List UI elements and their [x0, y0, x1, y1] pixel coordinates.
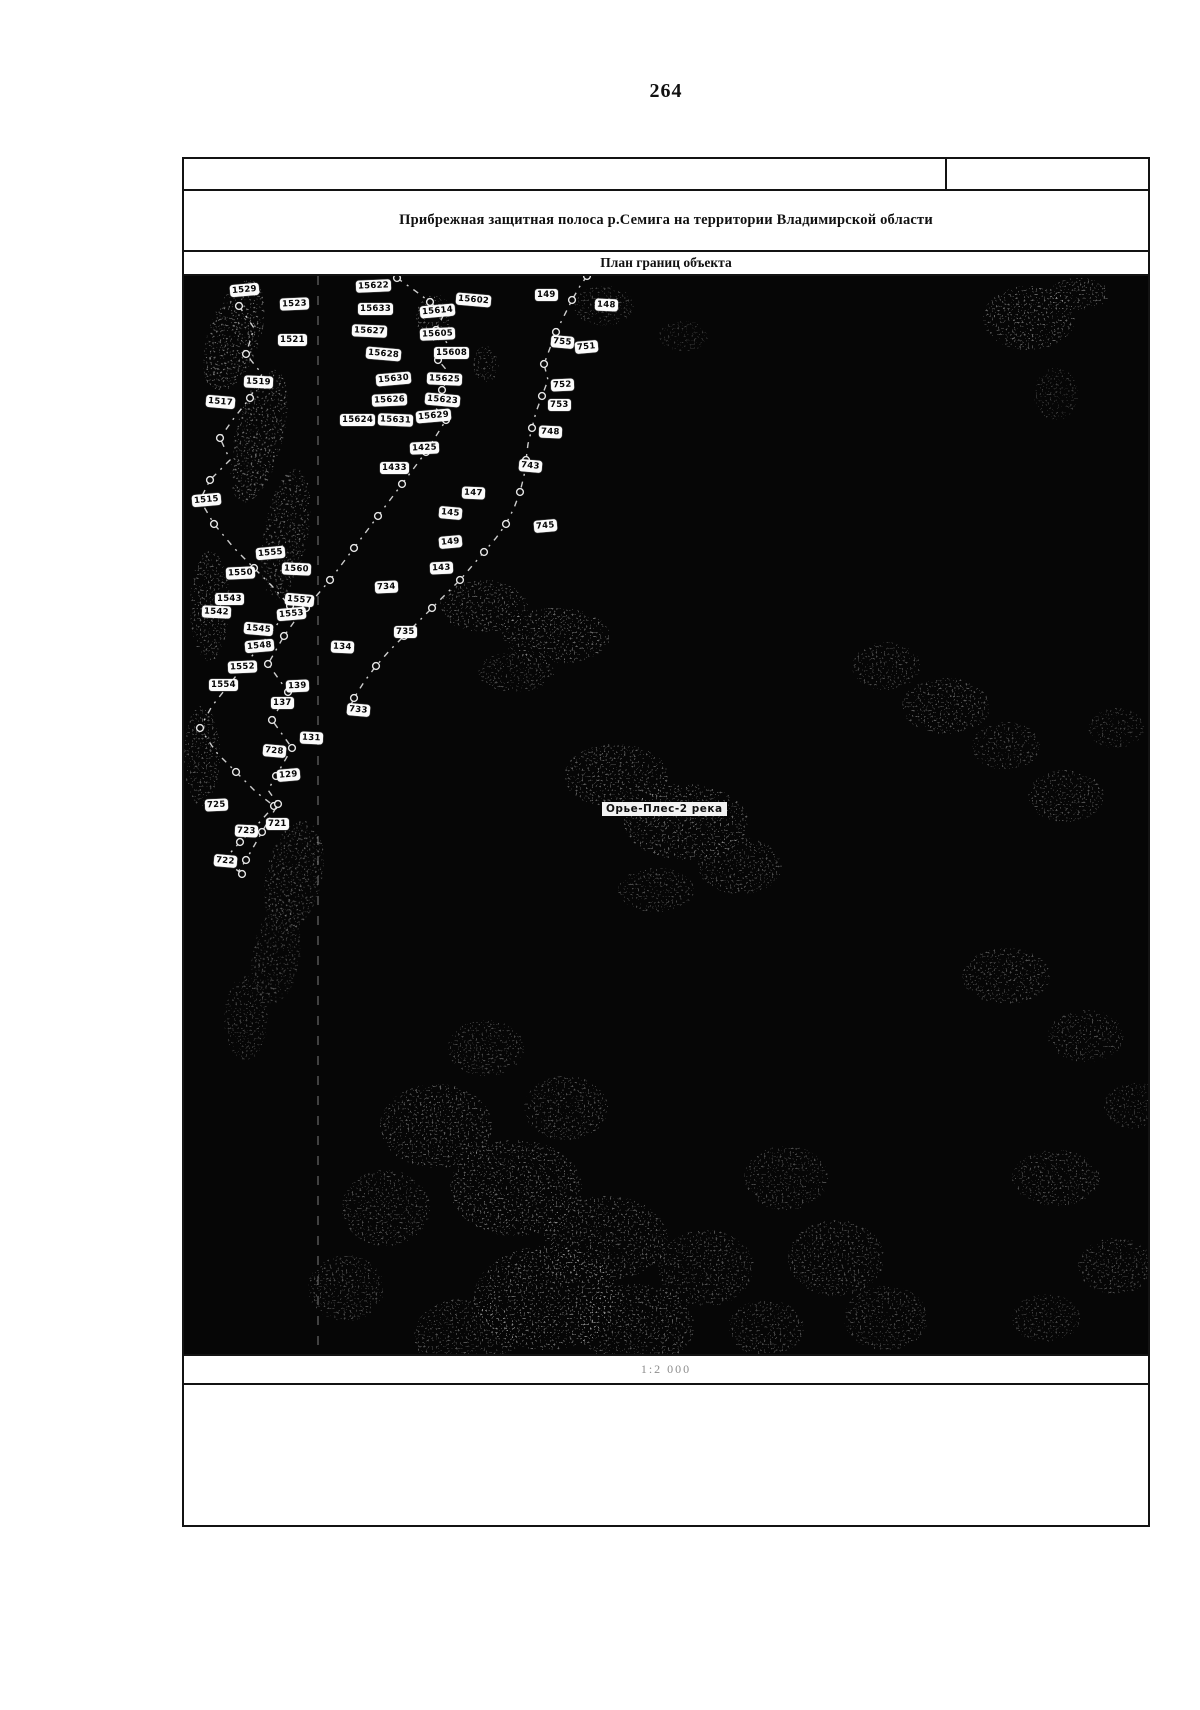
header-row [184, 159, 1148, 191]
boundary-vertex [237, 839, 244, 846]
point-label: 139 [286, 680, 309, 693]
point-label: 1425 [410, 441, 439, 454]
point-label: 1553 [277, 607, 307, 621]
point-label: 1554 [209, 679, 238, 691]
point-label: 15622 [356, 279, 392, 293]
point-label: 1548 [245, 639, 275, 653]
point-label: 1519 [244, 375, 273, 388]
boundary-vertex [399, 481, 406, 488]
boundary-vertex [569, 297, 576, 304]
village-label: Орье-Плес-2 река [602, 802, 727, 816]
plan-subtitle: План границ объекта [184, 252, 1148, 276]
boundary-vertex [247, 395, 254, 402]
boundary-vertex [275, 801, 282, 808]
point-label: 15605 [420, 327, 456, 341]
boundary-vertex [289, 745, 296, 752]
point-label: 15627 [352, 324, 388, 338]
point-label: 1545 [244, 622, 274, 636]
boundary-vertex [243, 351, 250, 358]
point-label: 1521 [278, 334, 307, 346]
boundary-layer [197, 276, 591, 877]
point-label: 734 [375, 581, 398, 594]
boundary-vertex [517, 489, 524, 496]
point-label: 753 [548, 399, 571, 411]
boundary-vertex [439, 387, 446, 394]
point-label: 148 [595, 299, 618, 312]
point-label: 751 [575, 340, 599, 354]
boundary-vertex [207, 477, 214, 484]
point-label: 1555 [256, 546, 286, 560]
point-label: 149 [535, 289, 558, 301]
boundary-vertex [541, 361, 548, 368]
point-label: 723 [235, 825, 258, 838]
map-canvas: Орье-Плес-2 река 15291523152115191517151… [184, 276, 1148, 1356]
boundary-vertex [481, 549, 488, 556]
boundary-vertex [236, 303, 243, 310]
point-label: 1433 [380, 462, 409, 474]
boundary-vertex [429, 605, 436, 612]
boundary-vertex [281, 633, 288, 640]
point-label: 15626 [372, 393, 408, 407]
point-label: 1515 [192, 493, 222, 507]
point-label: 748 [539, 426, 562, 439]
boundary-vertex [539, 393, 546, 400]
point-label: 1550 [226, 566, 255, 579]
header-stamp-cell-divider [945, 159, 947, 189]
point-label: 147 [462, 487, 485, 500]
footer-box [184, 1385, 1148, 1525]
point-label: 15625 [427, 372, 463, 386]
boundary-vertex [197, 725, 204, 732]
boundary-vertex [394, 276, 401, 281]
boundary-vertex [584, 276, 591, 279]
point-label: 15608 [434, 347, 469, 359]
point-label: 137 [271, 697, 294, 709]
boundary-vertex [503, 521, 510, 528]
point-label: 1557 [285, 593, 315, 607]
boundary-vertex [269, 717, 276, 724]
point-label: 15624 [340, 414, 375, 426]
point-label: 143 [430, 562, 453, 575]
boundary-vertex [233, 769, 240, 776]
point-label: 149 [439, 535, 463, 549]
point-label: 752 [551, 379, 574, 392]
point-label: 721 [266, 818, 289, 830]
point-label: 131 [300, 732, 323, 745]
point-label: 129 [277, 768, 301, 782]
boundary-vertex [457, 577, 464, 584]
point-label: 134 [331, 641, 354, 654]
point-label: 725 [205, 799, 228, 812]
point-label: 745 [534, 519, 558, 533]
boundary-vertex [327, 577, 334, 584]
point-label: 755 [551, 335, 575, 349]
point-label: 1542 [202, 605, 231, 618]
boundary-vertex [239, 871, 246, 878]
point-label: 15633 [358, 303, 393, 315]
point-label: 722 [214, 854, 238, 868]
boundary-vertex [265, 661, 272, 668]
point-label: 15631 [378, 413, 414, 427]
point-label: 1523 [280, 297, 309, 310]
point-label: 1529 [230, 283, 260, 297]
boundary-vertex [243, 857, 250, 864]
boundary-vertex [351, 695, 358, 702]
boundary-vertex [373, 663, 380, 670]
point-label: 1517 [206, 395, 236, 409]
boundary-vertex [351, 545, 358, 552]
boundary-vertex [375, 513, 382, 520]
boundary-vertex [529, 425, 536, 432]
point-label: 733 [347, 703, 371, 717]
point-label: 1552 [228, 660, 257, 673]
document-title: Прибрежная защитная полоса р.Семига на т… [184, 191, 1148, 252]
scale-label: 1:2 000 [184, 1356, 1148, 1385]
boundary-vertex [259, 829, 266, 836]
point-label: 145 [439, 506, 463, 520]
point-label: 1560 [282, 562, 311, 575]
document-frame: Прибрежная защитная полоса р.Семига на т… [182, 157, 1150, 1527]
point-label: 728 [263, 744, 287, 758]
boundary-vertex [211, 521, 218, 528]
page-number: 264 [182, 80, 1150, 103]
point-label: 1543 [215, 593, 244, 605]
boundary-vertex [217, 435, 224, 442]
point-label: 743 [519, 459, 543, 473]
point-label: 735 [394, 626, 417, 638]
